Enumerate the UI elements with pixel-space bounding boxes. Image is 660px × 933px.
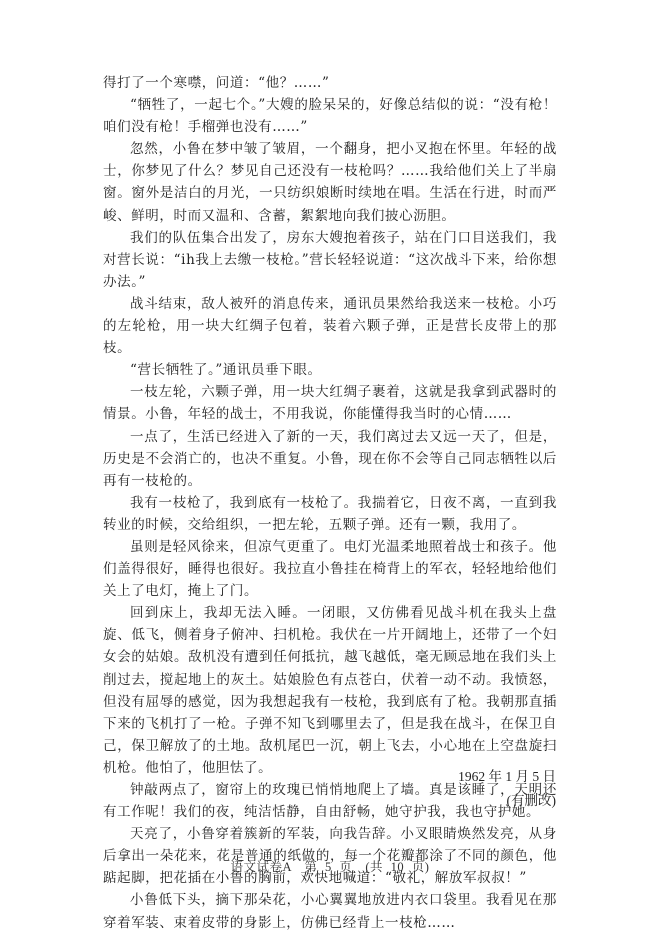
paragraph: “营长牺牲了。”通讯员垂下眼。	[103, 359, 557, 381]
paragraph: 得打了一个寒噤，问道：“他？……”	[103, 72, 557, 94]
paragraph: 钟敲两点了，窗帘上的玫瑰已悄悄地爬上了墙。真是该睡了，天明还有工作呢！我们的夜，…	[103, 779, 557, 823]
page-footer: 语文试卷A 第 5 页 (共 10 页)	[0, 857, 660, 875]
passage-body: 得打了一个寒噤，问道：“他？……” “牺牲了，一起七个。”大嫂的脸呆呆的，好像总…	[103, 72, 557, 933]
paragraph: 我们的队伍集合出发了，房东大嫂抱着孩子，站在门口目送我们，我对营长说：“ih我上…	[103, 227, 557, 293]
paragraph: 虽则是轻风徐来，但凉气更重了。电灯光温柔地照着战士和孩子。他们盖得很好，睡得也很…	[103, 536, 557, 602]
paragraph: 忽然，小鲁在梦中皱了皱眉，一个翻身，把小叉抱在怀里。年轻的战士，你梦见了什么？梦…	[103, 138, 557, 226]
paragraph: 一点了，生活已经进入了新的一天，我们离过去又远一天了，但是，历史是不会消亡的，也…	[103, 426, 557, 492]
paragraph: 我有一枝枪了，我到底有一枝枪了。我揣着它，日夜不离，一直到我转业的时候，交给组织…	[103, 492, 557, 536]
passage-date: 1962 年 1 月 5 日	[458, 765, 556, 785]
paragraph: 一枝左轮，六颗子弹，用一块大红绸子裹着，这就是我拿到武器时的情景。小鲁，年轻的战…	[103, 381, 557, 425]
paragraph: “牺牲了，一起七个。”大嫂的脸呆呆的，好像总结似的说：“没有枪！咱们没有枪！手榴…	[103, 94, 557, 138]
exam-page: 得打了一个寒噤，问道：“他？……” “牺牲了，一起七个。”大嫂的脸呆呆的，好像总…	[0, 0, 660, 933]
paragraph: 小鲁低下头，摘下那朵花，小心翼翼地放进内衣口袋里。我看见在那穿着军装、束着皮带的…	[103, 889, 557, 933]
paragraph: 回到床上，我却无法入睡。一闭眼，又仿佛看见战斗机在我头上盘旋、低飞，侧着身子俯冲…	[103, 602, 557, 779]
edit-note: (有删改)	[507, 789, 557, 809]
paragraph: 战斗结束，敌人被歼的消息传来，通讯员果然给我送来一枝枪。小巧的左轮枪，用一块大红…	[103, 293, 557, 359]
